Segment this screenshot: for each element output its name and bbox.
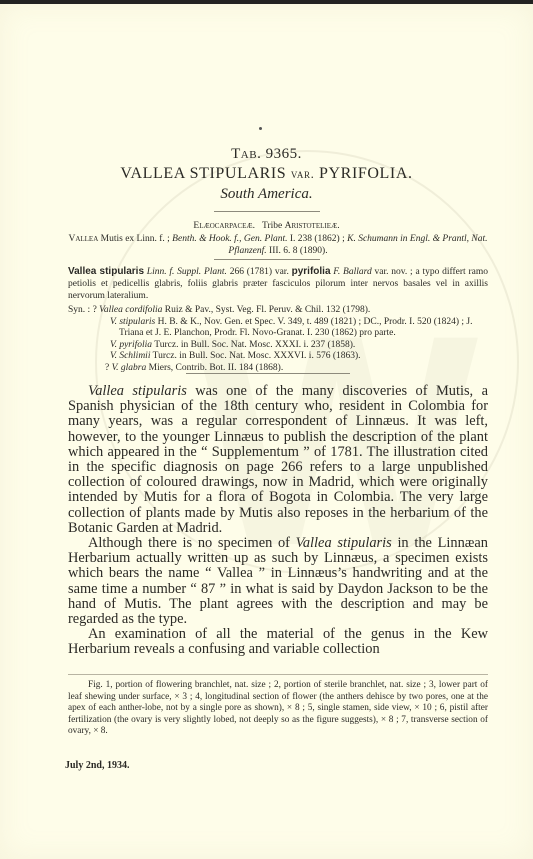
- tribe-prefix: Tribe: [262, 221, 282, 231]
- title-var: var.: [291, 166, 315, 181]
- figure-caption: Fig. 1, portion of flowering branchlet, …: [68, 680, 488, 738]
- paragraph-text: Although there is no specimen of: [88, 535, 296, 551]
- page-title: VALLEA STIPULARIS var. PYRIFOLIA.: [0, 165, 533, 183]
- title-species: VALLEA STIPULARIS: [120, 165, 286, 182]
- title-variety: PYRIFOLIA.: [319, 165, 413, 182]
- synonym-item: V. Schlimii Turcz. in Bull. Soc. Nat. Mo…: [68, 351, 488, 363]
- italic-name: Vallea stipularis: [296, 535, 392, 551]
- diagnosis: Vallea stipularis Linn. f. Suppl. Plant.…: [68, 266, 488, 302]
- paragraph-text: was one of the many discoveries of Mutis…: [68, 383, 488, 536]
- synonym-name: V. glabra: [112, 363, 147, 373]
- synonyms: Syn. : ? Vallea cordifolia Ruiz & Pav., …: [68, 305, 488, 374]
- synonym-prefix: ?: [105, 363, 112, 373]
- genus-reference: Vallea Mutis ex Linn. f. ; Benth. & Hook…: [68, 233, 488, 257]
- family-line: Elæocarpaceæ. Tribe Aristotelieæ.: [0, 221, 533, 231]
- paragraph: Vallea stipularis was one of the many di…: [68, 384, 488, 536]
- synonym-item: V. pyrifolia Turcz. in Bull. Soc. Nat. M…: [68, 340, 488, 352]
- divider: [214, 211, 320, 212]
- species-name: Vallea stipularis: [68, 266, 144, 277]
- variety-author: F. Ballard: [331, 267, 372, 277]
- divider: [68, 674, 488, 675]
- region-subtitle: South America.: [0, 186, 533, 203]
- tribe-name: Aristotelieæ.: [285, 221, 340, 231]
- page-mark: [259, 127, 262, 130]
- plate-number: Tab. 9365.: [0, 146, 533, 163]
- family-name: Elæocarpaceæ.: [193, 221, 255, 231]
- synonym-name: V. Schlimii: [110, 351, 150, 361]
- variety-name: pyrifolia: [292, 266, 331, 277]
- synonym-name: Vallea cordifolia: [99, 305, 162, 315]
- genus-authority: Mutis ex Linn. f. ;: [98, 234, 172, 244]
- paragraph: An examination of all the material of th…: [68, 627, 488, 657]
- publication-date: July 2nd, 1934.: [65, 760, 129, 771]
- synonym-name: V. pyrifolia: [110, 340, 152, 350]
- paragraph-text: An examination of all the material of th…: [68, 626, 488, 657]
- genus-ref1-loc: I. 238 (1862) ;: [287, 234, 347, 244]
- synonym-name: V. stipularis: [110, 317, 155, 327]
- caption-text: Fig. 1, portion of flowering branchlet, …: [68, 680, 488, 738]
- synonym-citation: Ruiz & Pav., Syst. Veg. Fl. Peruv. & Chi…: [162, 305, 370, 315]
- divider: [186, 373, 350, 374]
- paragraph: Although there is no specimen of Vallea …: [68, 536, 488, 627]
- divider: [214, 259, 320, 260]
- italic-name: Vallea stipularis: [88, 383, 187, 399]
- synonym-item: Syn. : ? Vallea cordifolia Ruiz & Pav., …: [68, 305, 488, 317]
- synonym-citation: Turcz. in Bull. Soc. Nat. Mosc. XXXVI. i…: [150, 351, 360, 361]
- genus-name: Vallea: [68, 234, 98, 244]
- synonym-item: V. stipularis H. B. & K., Nov. Gen. et S…: [68, 317, 488, 340]
- genus-ref1: Benth. & Hook. f., Gen. Plant.: [172, 234, 287, 244]
- synonyms-label: Syn. :: [68, 305, 90, 315]
- main-text: Vallea stipularis was one of the many di…: [68, 384, 488, 658]
- synonym-prefix: ?: [90, 305, 99, 315]
- species-loc: 266 (1781) var.: [227, 267, 292, 277]
- genus-ref2-loc: III. 6. 8 (1890).: [267, 246, 328, 256]
- species-ref: Linn. f. Suppl. Plant.: [144, 267, 227, 277]
- synonym-citation: H. B. & K., Nov. Gen. et Spec. V. 349, t…: [119, 317, 473, 339]
- synonym-citation: Turcz. in Bull. Soc. Nat. Mosc. XXXI. i.…: [152, 340, 355, 350]
- synonym-citation: Miers, Contrib. Bot. II. 184 (1868).: [146, 363, 283, 373]
